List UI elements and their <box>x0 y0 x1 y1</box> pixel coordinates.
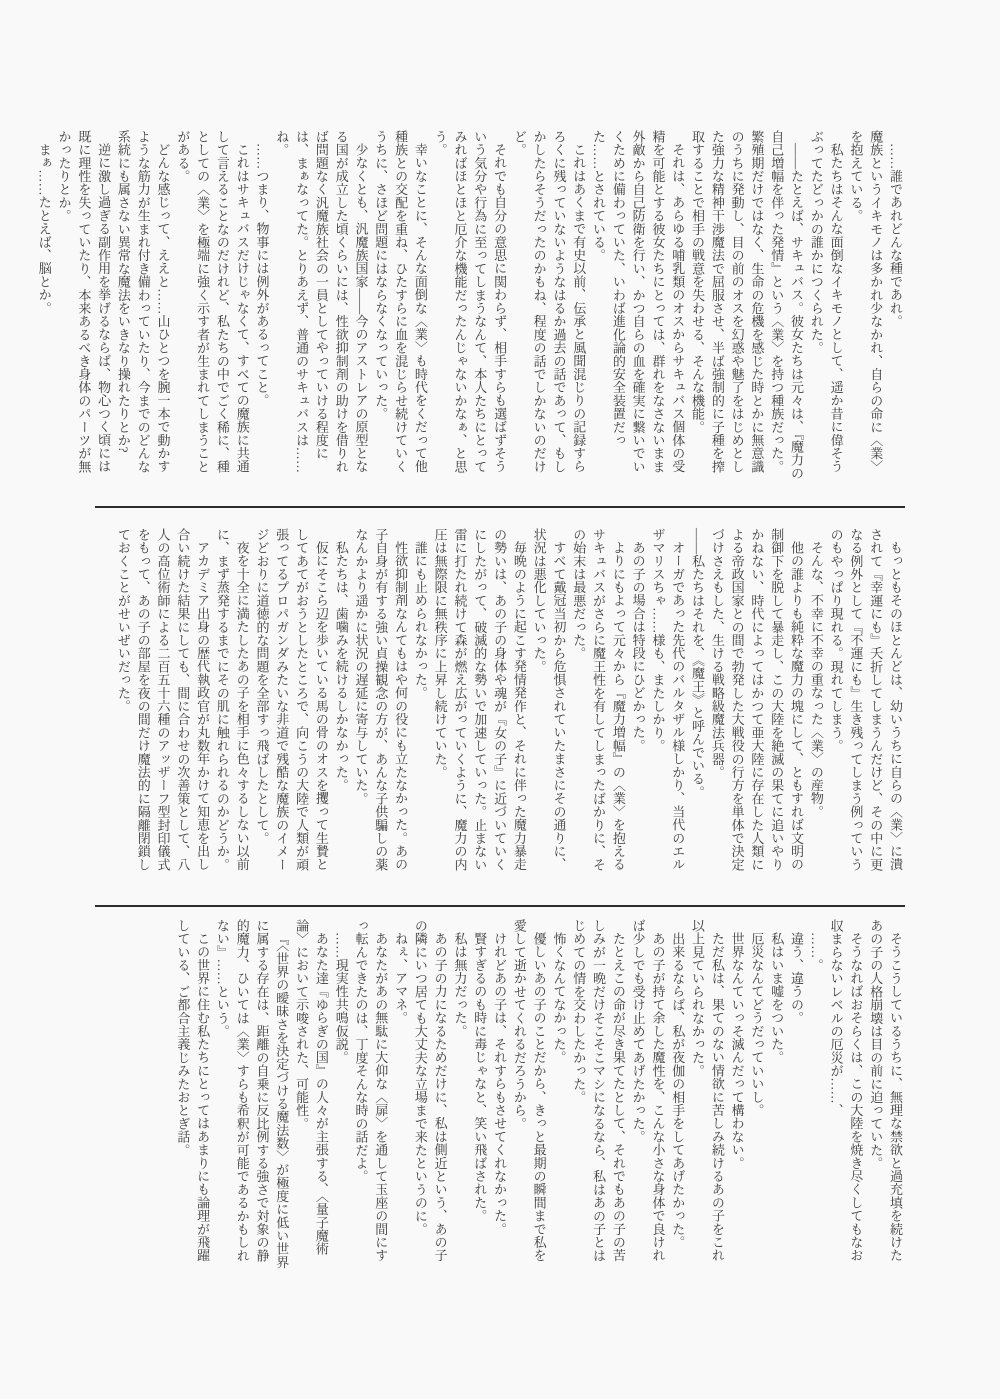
paragraph: たとえこの命が尽き果てたとして、それでもあの子の苦しみが一晩だけそこそこマシにな… <box>568 919 627 1273</box>
paragraph: 幸いなことに、そんな面倒な〈業〉も時代をくだって他種族との交配を重ね、ひたすらに… <box>370 130 429 484</box>
paragraph: 怖くなんてなかった。 <box>549 919 569 1273</box>
paragraph: そんな、不幸に不幸の重なった〈業〉の産物。 <box>806 528 826 882</box>
paragraph: よりにもよって元々から『魔力増幅』の〈業〉を抱えるサキュバスがさらに魔王性を有し… <box>568 528 627 882</box>
paragraph: 夜を十全に満たしたあの子を相手に色々するしない以前に、まず蒸発するまでにその肌に… <box>212 528 252 882</box>
text-block-3: そうこうしているうちに、無理な禁欲と過充填を続けたあの子の人格崩壊は目の前に迫っ… <box>105 919 905 1273</box>
paragraph: ……誰であれどんな種であれ。 <box>885 130 905 484</box>
paragraph: ただ私は、果てのない情欲に苦しみ続けるあの子をこれ以上見ていられなかった。 <box>687 919 727 1273</box>
paragraph: 世界なんていっそ滅んだって構わない。 <box>727 919 747 1273</box>
paragraph: 性欲抑制剤なんてもはや何の役にも立たなかった。あの子自身が有する強い貞操観念の方… <box>351 528 410 882</box>
paragraph: ……。 <box>806 919 826 1273</box>
paragraph: ――たとえば、サキュバス。彼女たちは元々は、『魔力の自己増幅を伴った発情』という… <box>687 130 806 484</box>
paragraph: 賢すぎるのも時に毒じゃなと、笑い飛ばされた。 <box>469 919 489 1273</box>
paragraph: オーガであった先代のバルタザル様しかり、当代のエルザマリスちゃ……様も、またしか… <box>648 528 688 882</box>
paragraph: まぁ……たとえば、脳とか。 <box>34 130 54 484</box>
section-divider-line-1 <box>95 506 905 508</box>
text-block-2: もっともそのほとんどは、幼いうちに自らの〈業〉に潰されて『幸運にも』夭折してしま… <box>105 528 905 882</box>
paragraph: アカデミア出身の歴代執政官が丸数年かけて知恵を出し合い続けた結果にしても、間に合… <box>113 528 212 882</box>
paragraph: そうこうしているうちに、無理な禁欲と過充填を続けたあの子の人格崩壊は目の前に迫っ… <box>865 919 905 1273</box>
paragraph: それは、あらゆる哺乳類のオスからサキュバス個体の受精を可能とする彼女たちにとって… <box>588 130 687 484</box>
paragraph: ――私たちはそれを、《魔王》と呼んでいる。 <box>687 528 707 882</box>
paragraph: けれどあの子は、それすらもさせてくれなかった。 <box>489 919 509 1273</box>
paragraph: 仮にそこら辺を歩いている馬の骨のオスを攫って生贄としてあてがおうとしたところで、… <box>252 528 331 882</box>
paragraph: 違う、違うの。 <box>786 919 806 1273</box>
paragraph: 出来るならば、私が夜伽の相手をしてあげたかった。 <box>667 919 687 1273</box>
paragraph: 優しいあの子のことだから、きっと最期の瞬間まで私を愛して逝かせてくれるだろうから… <box>509 919 549 1273</box>
paragraph: 『〈世界の曖昧さを決定づける魔法数〉が極度に低い世界に属する存在は、距離の自乗に… <box>212 919 291 1273</box>
paragraph: ……現実性共鳴仮説。 <box>331 919 351 1273</box>
paragraph: あなたがあの無駄に大仰な〈扉〉を通して玉座の間にすっ転んできたのは、丁度そんな時… <box>351 919 391 1273</box>
paragraph: あの子が持て余した魔性を、こんな小さな身体で良ければ少しでも受け止めてあげたかっ… <box>628 919 668 1273</box>
text-block-1: ……誰であれどんな種であれ。魔族というイキモノは多かれ少なかれ、自らの命に〈業〉… <box>105 130 905 484</box>
paragraph: もっともそのほとんどは、幼いうちに自らの〈業〉に潰されて『幸運にも』夭折してしま… <box>826 528 905 882</box>
paragraph: 厄災なんてどうだっていいし。 <box>747 919 767 1273</box>
paragraph: あの子の力になるためだけに、私は側近という、あの子の隣にいつ居ても大丈夫な立場ま… <box>410 919 450 1273</box>
paragraph: これはサキュバスだけじゃなくて、すべての魔族に共通して言えることなのだけれど、私… <box>173 130 252 484</box>
paragraph: 逆に激し過ぎる副作用を挙げるならば、物心つく頃には既に理性を失っていたり、本来あ… <box>54 130 113 484</box>
paragraph: あの子の場合は特段にひどかった。 <box>628 528 648 882</box>
paragraph: それでも自分の意思に関わらず、相手すらも選ばずそういう気分や行為に至ってしまうな… <box>430 130 509 484</box>
paragraph: 少なくとも、汎魔族国家――今のアストレアの原型となる国が成立した頃くらいには、性… <box>272 130 371 484</box>
paragraph: 他の誰よりも純粋な魔力の塊にして、ともすれば文明の制御下を脱して暴走し、この大陸… <box>707 528 806 882</box>
paragraph: ……つまり、物事には例外があるってこと。 <box>252 130 272 484</box>
paragraph: これはあくまで有史以前、伝承と風聞混じりの記録すらろくに残っていないようなはるか… <box>509 130 588 484</box>
paragraph: 誰にも止められなかった。 <box>410 528 430 882</box>
paragraph: そうなればおそらくは、この大陸を焼き尽くしてもなお収まらないレベルの厄災が……、 <box>826 919 866 1273</box>
paragraph: 私は無力だった。 <box>450 919 470 1273</box>
paragraph: 魔族というイキモノは多かれ少なかれ、自らの命に〈業〉を抱えている。 <box>846 130 886 484</box>
paragraph: 私たちはそんな面倒なイキモノとして、遥か昔に偉そうぶってたどっかの誰かにつくられ… <box>806 130 846 484</box>
paragraph: この世界に住む私たちにとってはあまりにも論理が飛躍している、ご都合主義じみたおと… <box>173 919 213 1273</box>
paragraph: ねぇ、アマネ。 <box>390 919 410 1273</box>
scanned-novel-page: ……誰であれどんな種であれ。魔族というイキモノは多かれ少なかれ、自らの命に〈業〉… <box>0 0 1000 1399</box>
section-divider-line-2 <box>95 905 905 907</box>
paragraph: 私たちは、歯噛みを続けるしかなかった。 <box>331 528 351 882</box>
paragraph: すべて戴冠当初から危惧されていたまさにその通りに、状況は悪化していった。 <box>529 528 569 882</box>
paragraph: 毎晩のように起こす発情発作と、それに伴った魔力暴走の勢いは、あの子の身体や魂が『… <box>430 528 529 882</box>
paragraph: あなた達『ゆらぎの国』の人々が主張する、〈量子魔術論〉において示唆された、可能性… <box>291 919 331 1273</box>
paragraph: 私はいま嘘をついた。 <box>766 919 786 1273</box>
paragraph: どんな感じって、ええと……山ひとつを腕一本で動かすような筋力が生まれ付き備わって… <box>113 130 172 484</box>
